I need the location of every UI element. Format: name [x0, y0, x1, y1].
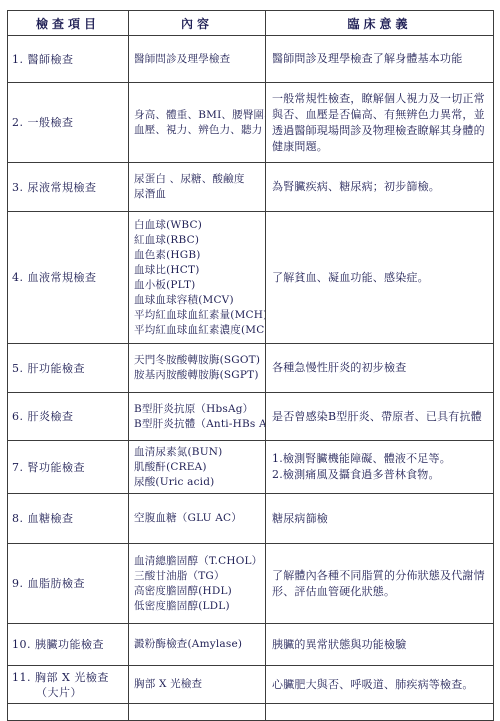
- text-line: 5. 肝功能檢查: [12, 361, 126, 376]
- content-cell: 血清尿素氮(BUN)肌酸酐(CREA)尿酸(Uric acid): [129, 441, 266, 494]
- text-line: 醫師問診及理學檢查: [134, 52, 264, 67]
- meaning-cell: 醫師問診及理學檢查了解身體基本功能: [266, 36, 494, 83]
- item-cell: 7. 腎功能檢查: [8, 441, 129, 494]
- text-line: 血清尿素氮(BUN): [134, 445, 264, 460]
- text-line: 2. 一般檢查: [12, 115, 126, 130]
- content-cell: 醫師問診及理學檢查: [129, 36, 266, 83]
- text-line: 血球血球容積(MCV): [134, 293, 264, 308]
- text-line: 尿潛血: [134, 187, 264, 202]
- content-cell: 尿蛋白 、尿糖、酸鹼度尿潛血: [129, 163, 266, 212]
- text-line: 為腎臟疾病、糖尿病；初步篩檢。: [272, 179, 489, 195]
- text-line: 平均紅血球血紅素量(MCH): [134, 308, 264, 323]
- text-line: 血小板(PLT): [134, 278, 264, 293]
- text-line: 胰臟的異常狀態與功能檢驗: [272, 637, 489, 653]
- text-line: B型肝炎抗原（HbsAg）: [134, 402, 264, 417]
- column-header: 臨床意義: [266, 11, 494, 36]
- text-line: 是否曾感染B型肝炎、帶原者、已具有抗體: [272, 409, 489, 425]
- table-row: 1. 醫師檢查醫師問診及理學檢查醫師問診及理學檢查了解身體基本功能: [8, 36, 494, 83]
- text-line: 胺基丙胺酸轉胺脢(SGPT): [134, 368, 264, 383]
- content-cell: 白血球(WBC)紅血球(RBC)血色素(HGB)血球比(HCT)血小板(PLT)…: [129, 212, 266, 344]
- exam-table: 檢查項目內容臨床意義 1. 醫師檢查醫師問診及理學檢查醫師問診及理學檢查了解身體…: [7, 10, 494, 655]
- text-line: 各種急慢性肝炎的初步檢查: [272, 360, 489, 376]
- header-row: 檢查項目內容臨床意義: [8, 11, 494, 36]
- content-cell: 空腹血糖（GLU AC）: [129, 494, 266, 544]
- text-line: 低密度膽固醇(LDL): [134, 599, 264, 614]
- text-line: 2.檢測痛風及攝食過多普林食物。: [272, 467, 489, 483]
- table-row: 10. 胰臟功能檢查澱粉酶檢查(Amylase)胰臟的異常狀態與功能檢驗: [8, 624, 494, 656]
- table-row: 8. 血糖檢查空腹血糖（GLU AC）糖尿病篩檢: [8, 494, 494, 544]
- text-line: B型肝炎抗體（Anti-HBs Ab）: [134, 417, 264, 432]
- text-line: 6. 肝炎檢查: [12, 409, 126, 424]
- item-cell: 1. 醫師檢查: [8, 36, 129, 83]
- column-header: 內容: [129, 11, 266, 36]
- text-line: 天門冬胺酸轉胺脢(SGOT): [134, 353, 264, 368]
- text-line: 醫師問診及理學檢查了解身體基本功能: [272, 51, 489, 67]
- text-line: 血球比(HCT): [134, 263, 264, 278]
- text-line: 尿酸(Uric acid): [134, 475, 264, 490]
- text-line: 高密度膽固醇(HDL): [134, 584, 264, 599]
- text-line: 身高、體重、BMI、腰臀圍、: [134, 108, 264, 123]
- meaning-cell: 1.檢測腎臟機能障礙、體液不足等。2.檢測痛風及攝食過多普林食物。: [266, 441, 494, 494]
- text-line: 三酸甘油脂（TG）: [134, 569, 264, 584]
- content-cell: 血清總膽固醇（T.CHOL）三酸甘油脂（TG）高密度膽固醇(HDL)低密度膽固醇…: [129, 544, 266, 624]
- text-line: 1. 醫師檢查: [12, 52, 126, 67]
- meaning-cell: 了解體內各種不同脂質的分佈狀態及代謝情形、評估血管硬化狀態。: [266, 544, 494, 624]
- item-cell: 9. 血脂肪檢查: [8, 544, 129, 624]
- meaning-cell: 糖尿病篩檢: [266, 494, 494, 544]
- content-cell: B型肝炎抗原（HbsAg）B型肝炎抗體（Anti-HBs Ab）: [129, 393, 266, 441]
- text-line: 糖尿病篩檢: [272, 511, 489, 527]
- meaning-cell: 一般常規性檢查，瞭解個人視力及一切正常與否、血壓是否偏高、有無辨色力異常，並透過…: [266, 83, 494, 163]
- document-page: 檢查項目內容臨床意義 1. 醫師檢查醫師問診及理學檢查醫師問診及理學檢查了解身體…: [7, 10, 494, 655]
- table-row: 3. 尿液常規檢查尿蛋白 、尿糖、酸鹼度尿潛血為腎臟疾病、糖尿病；初步篩檢。: [8, 163, 494, 212]
- meaning-cell: 胰臟的異常狀態與功能檢驗: [266, 624, 494, 656]
- item-cell: 4. 血液常規檢查: [8, 212, 129, 344]
- table-row: 5. 肝功能檢查天門冬胺酸轉胺脢(SGOT)胺基丙胺酸轉胺脢(SGPT)各種急慢…: [8, 344, 494, 393]
- text-line: 血壓、視力、辨色力、聽力: [134, 123, 264, 138]
- text-line: 7. 腎功能檢查: [12, 460, 126, 475]
- table-row: 9. 血脂肪檢查血清總膽固醇（T.CHOL）三酸甘油脂（TG）高密度膽固醇(HD…: [8, 544, 494, 624]
- table-row: 2. 一般檢查身高、體重、BMI、腰臀圍、血壓、視力、辨色力、聽力一般常規性檢查…: [8, 83, 494, 163]
- meaning-cell: 各種急慢性肝炎的初步檢查: [266, 344, 494, 393]
- meaning-cell: 為腎臟疾病、糖尿病；初步篩檢。: [266, 163, 494, 212]
- content-cell: 天門冬胺酸轉胺脢(SGOT)胺基丙胺酸轉胺脢(SGPT): [129, 344, 266, 393]
- content-cell: 澱粉酶檢查(Amylase): [129, 624, 266, 656]
- text-line: 8. 血糖檢查: [12, 511, 126, 526]
- column-header: 檢查項目: [8, 11, 129, 36]
- table-row: 7. 腎功能檢查血清尿素氮(BUN)肌酸酐(CREA)尿酸(Uric acid)…: [8, 441, 494, 494]
- item-cell: 3. 尿液常規檢查: [8, 163, 129, 212]
- item-cell: 10. 胰臟功能檢查: [8, 624, 129, 656]
- table-body: 1. 醫師檢查醫師問診及理學檢查醫師問診及理學檢查了解身體基本功能2. 一般檢查…: [8, 36, 494, 656]
- text-line: 一般常規性檢查，瞭解個人視力及一切正常與否、血壓是否偏高、有無辨色力異常，並透過…: [272, 91, 489, 155]
- text-line: 血色素(HGB): [134, 248, 264, 263]
- text-line: 10. 胰臟功能檢查: [12, 637, 126, 652]
- meaning-cell: 了解貧血、凝血功能、感染症。: [266, 212, 494, 344]
- item-cell: 8. 血糖檢查: [8, 494, 129, 544]
- text-line: 3. 尿液常規檢查: [12, 180, 126, 195]
- text-line: 了解體內各種不同脂質的分佈狀態及代謝情形、評估血管硬化狀態。: [272, 568, 489, 600]
- item-cell: 6. 肝炎檢查: [8, 393, 129, 441]
- table-row: 4. 血液常規檢查白血球(WBC)紅血球(RBC)血色素(HGB)血球比(HCT…: [8, 212, 494, 344]
- text-line: 白血球(WBC): [134, 218, 264, 233]
- content-cell: 身高、體重、BMI、腰臀圍、血壓、視力、辨色力、聽力: [129, 83, 266, 163]
- meaning-cell: 是否曾感染B型肝炎、帶原者、已具有抗體: [266, 393, 494, 441]
- text-line: 1.檢測腎臟機能障礙、體液不足等。: [272, 451, 489, 467]
- text-line: 了解貧血、凝血功能、感染症。: [272, 270, 489, 286]
- text-line: 9. 血脂肪檢查: [12, 576, 126, 591]
- text-line: 紅血球(RBC): [134, 233, 264, 248]
- item-cell: 5. 肝功能檢查: [8, 344, 129, 393]
- text-line: 澱粉酶檢查(Amylase): [134, 637, 264, 652]
- text-line: 4. 血液常規檢查: [12, 270, 126, 285]
- item-cell: 2. 一般檢查: [8, 83, 129, 163]
- text-line: 肌酸酐(CREA): [134, 460, 264, 475]
- text-line: 血清總膽固醇（T.CHOL）: [134, 554, 264, 569]
- text-line: 空腹血糖（GLU AC）: [134, 511, 264, 526]
- text-line: 平均紅血球血紅素濃度(MCHC): [134, 323, 264, 338]
- table-row: 6. 肝炎檢查B型肝炎抗原（HbsAg）B型肝炎抗體（Anti-HBs Ab）是…: [8, 393, 494, 441]
- text-line: 尿蛋白 、尿糖、酸鹼度: [134, 172, 264, 187]
